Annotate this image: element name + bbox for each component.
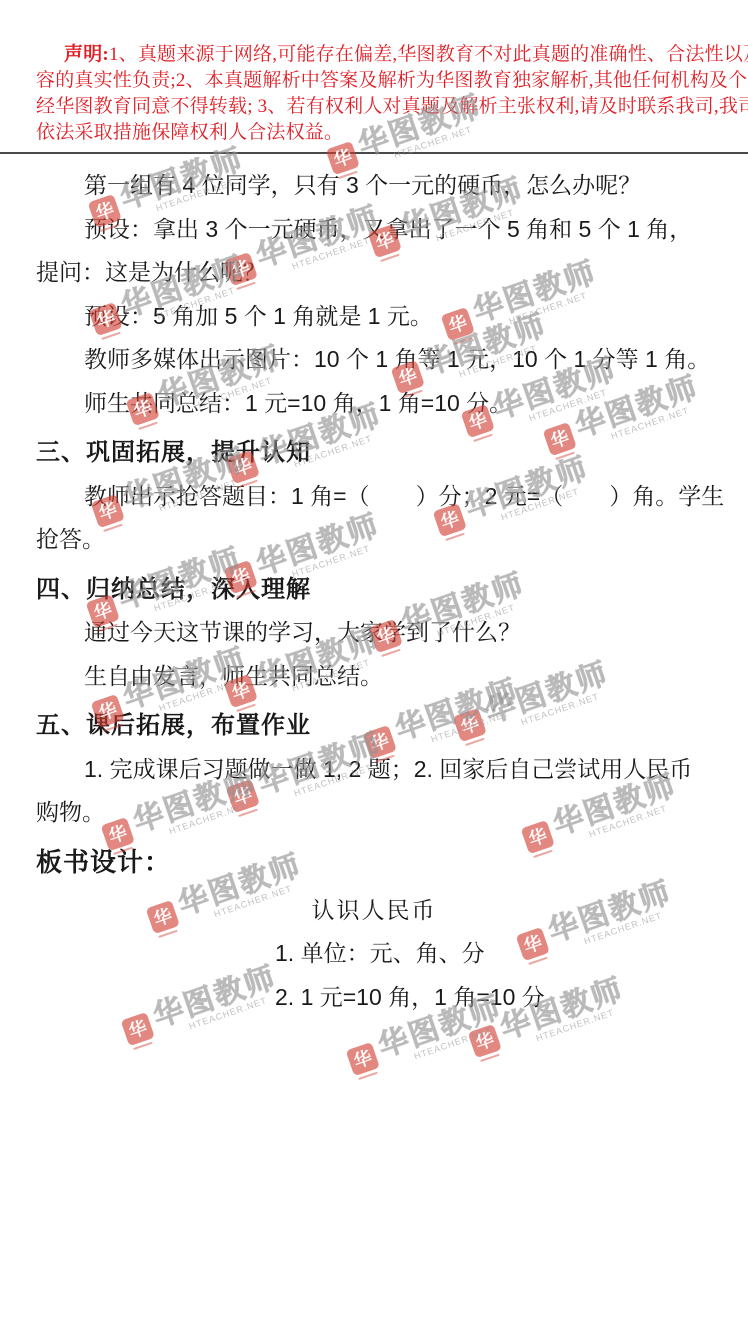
body-line: 教师多媒体出示图片：10 个 1 角等 1 元，10 个 1 分等 1 角。 <box>36 338 712 382</box>
section-heading-5: 五、课后拓展，布置作业 <box>36 704 712 748</box>
board-item: 2. 1 元=10 角，1 角=10 分 <box>275 976 712 1020</box>
body-line: 购物。 <box>36 791 712 835</box>
document-page: 华华图教师HTEACHER.NET华华图教师HTEACHER.NET华华图教师H… <box>0 0 748 1335</box>
body-line: 预设：拿出 3 个一元硬币，又拿出了一个 5 角和 5 个 1 角， <box>36 208 712 252</box>
huatu-logo-icon: 华 <box>346 1042 380 1076</box>
huatu-logo-icon: 华 <box>468 1024 502 1058</box>
body-line: 通过今天这节课的学习，大家学到了什么？ <box>36 611 712 655</box>
watermark-domain-text: HTEACHER.NET <box>413 1020 509 1061</box>
body-line: 师生共同总结：1 元=10 角，1 角=10 分。 <box>36 382 712 426</box>
section-heading-4: 四、归纳总结，深入理解 <box>36 568 712 612</box>
body-line: 第一组有 4 位同学，只有 3 个一元的硬币，怎么办呢？ <box>36 164 712 208</box>
board-title: 认识人民币 <box>36 889 712 933</box>
disclaimer-line: 依法采取措施保障权利人合法权益。 <box>36 120 714 146</box>
body-line: 预设：5 角加 5 个 1 角就是 1 元。 <box>36 295 712 339</box>
body-line: 1. 完成课后习题做一做 1, 2 题；2. 回家后自己尝试用人民币 <box>36 748 712 792</box>
disclaimer-label: 声明: <box>64 44 109 65</box>
disclaimer-line: 声明:1、真题来源于网络,可能存在偏差,华图教育不对此真题的准确性、合法性以及内 <box>36 42 714 68</box>
body-line: 提问：这是为什么呢？ <box>36 251 712 295</box>
board-design-heading: 板书设计： <box>36 839 712 885</box>
board-item: 1. 单位：元、角、分 <box>275 932 712 976</box>
section-heading-3: 三、巩固拓展，提升认知 <box>36 431 712 475</box>
lesson-plan-body: 第一组有 4 位同学，只有 3 个一元的硬币，怎么办呢？ 预设：拿出 3 个一元… <box>0 154 748 1019</box>
body-line: 生自由发言，师生共同总结。 <box>36 655 712 699</box>
disclaimer-line: 容的真实性负责;2、本真题解析中答案及解析为华图教育独家解析,其他任何机构及个人… <box>36 68 714 94</box>
disclaimer-line: 经华图教育同意不得转载; 3、若有权利人对真题及解析主张权利,请及时联系我司,我… <box>36 94 714 120</box>
body-line: 教师出示抢答题目：1 角=（ ）分；2 元=（ ）角。学生 <box>36 475 712 519</box>
disclaimer-block: 声明:1、真题来源于网络,可能存在偏差,华图教育不对此真题的准确性、合法性以及内… <box>0 0 748 154</box>
body-line: 抢答。 <box>36 518 712 562</box>
